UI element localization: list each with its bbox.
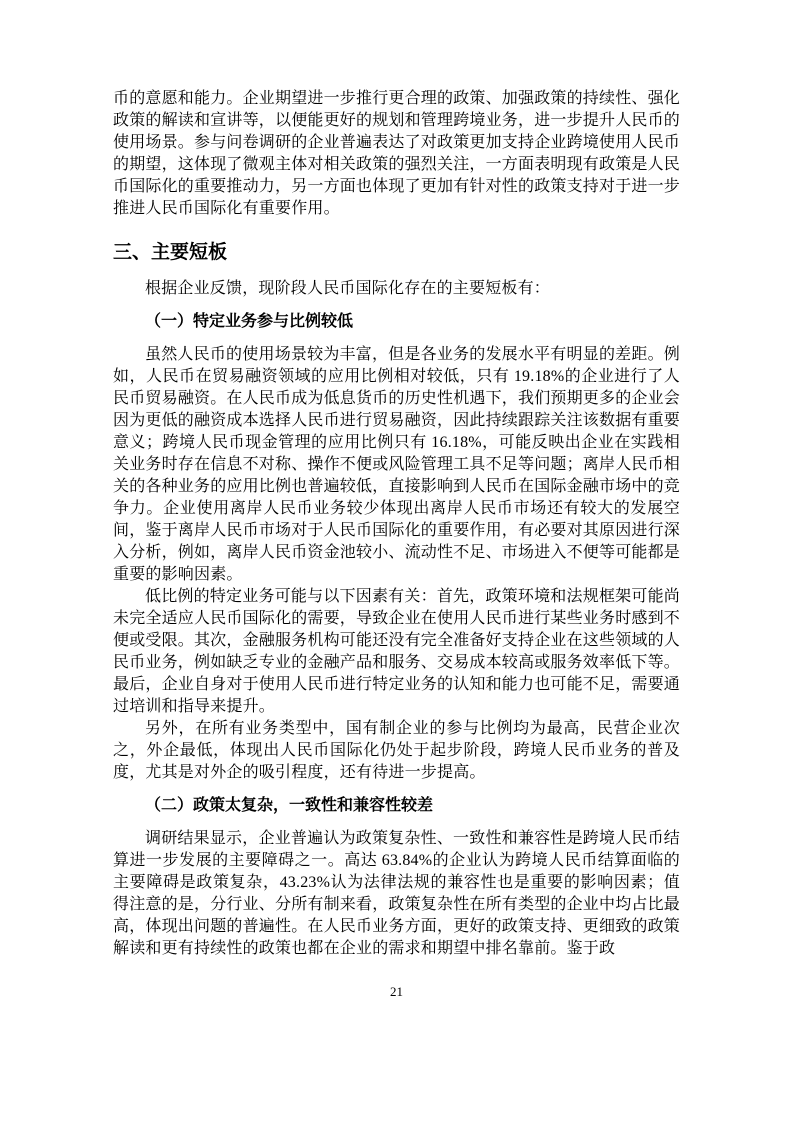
subsection-1-heading: （一）特定业务参与比例较低	[113, 311, 680, 333]
subsection-1-paragraph-1: 虽然人民币的使用场景较为丰富，但是各业务的发展水平有明显的差距。例如，人民币在贸…	[113, 344, 680, 586]
subsection-1-paragraph-3: 另外，在所有业务类型中，国有制企业的参与比例均为最高，民营企业次之，外企最低，体…	[113, 718, 680, 784]
section-lead-paragraph: 根据企业反馈，现阶段人民币国际化存在的主要短板有：	[113, 278, 680, 300]
page-number: 21	[0, 984, 793, 1000]
document-page: 币的意愿和能力。企业期望进一步推行更合理的政策、加强政策的持续性、强化政策的解读…	[0, 0, 793, 1122]
continuation-paragraph: 币的意愿和能力。企业期望进一步推行更合理的政策、加强政策的持续性、强化政策的解读…	[113, 88, 680, 220]
section-heading-main-shortcomings: 三、主要短板	[113, 240, 680, 266]
subsection-1-paragraph-2: 低比例的特定业务可能与以下因素有关：首先，政策环境和法规框架可能尚未完全适应人民…	[113, 586, 680, 718]
subsection-2-heading: （二）政策太复杂，一致性和兼容性较差	[113, 795, 680, 817]
subsection-2-paragraph-1: 调研结果显示，企业普遍认为政策复杂性、一致性和兼容性是跨境人民币结算进一步发展的…	[113, 828, 680, 960]
